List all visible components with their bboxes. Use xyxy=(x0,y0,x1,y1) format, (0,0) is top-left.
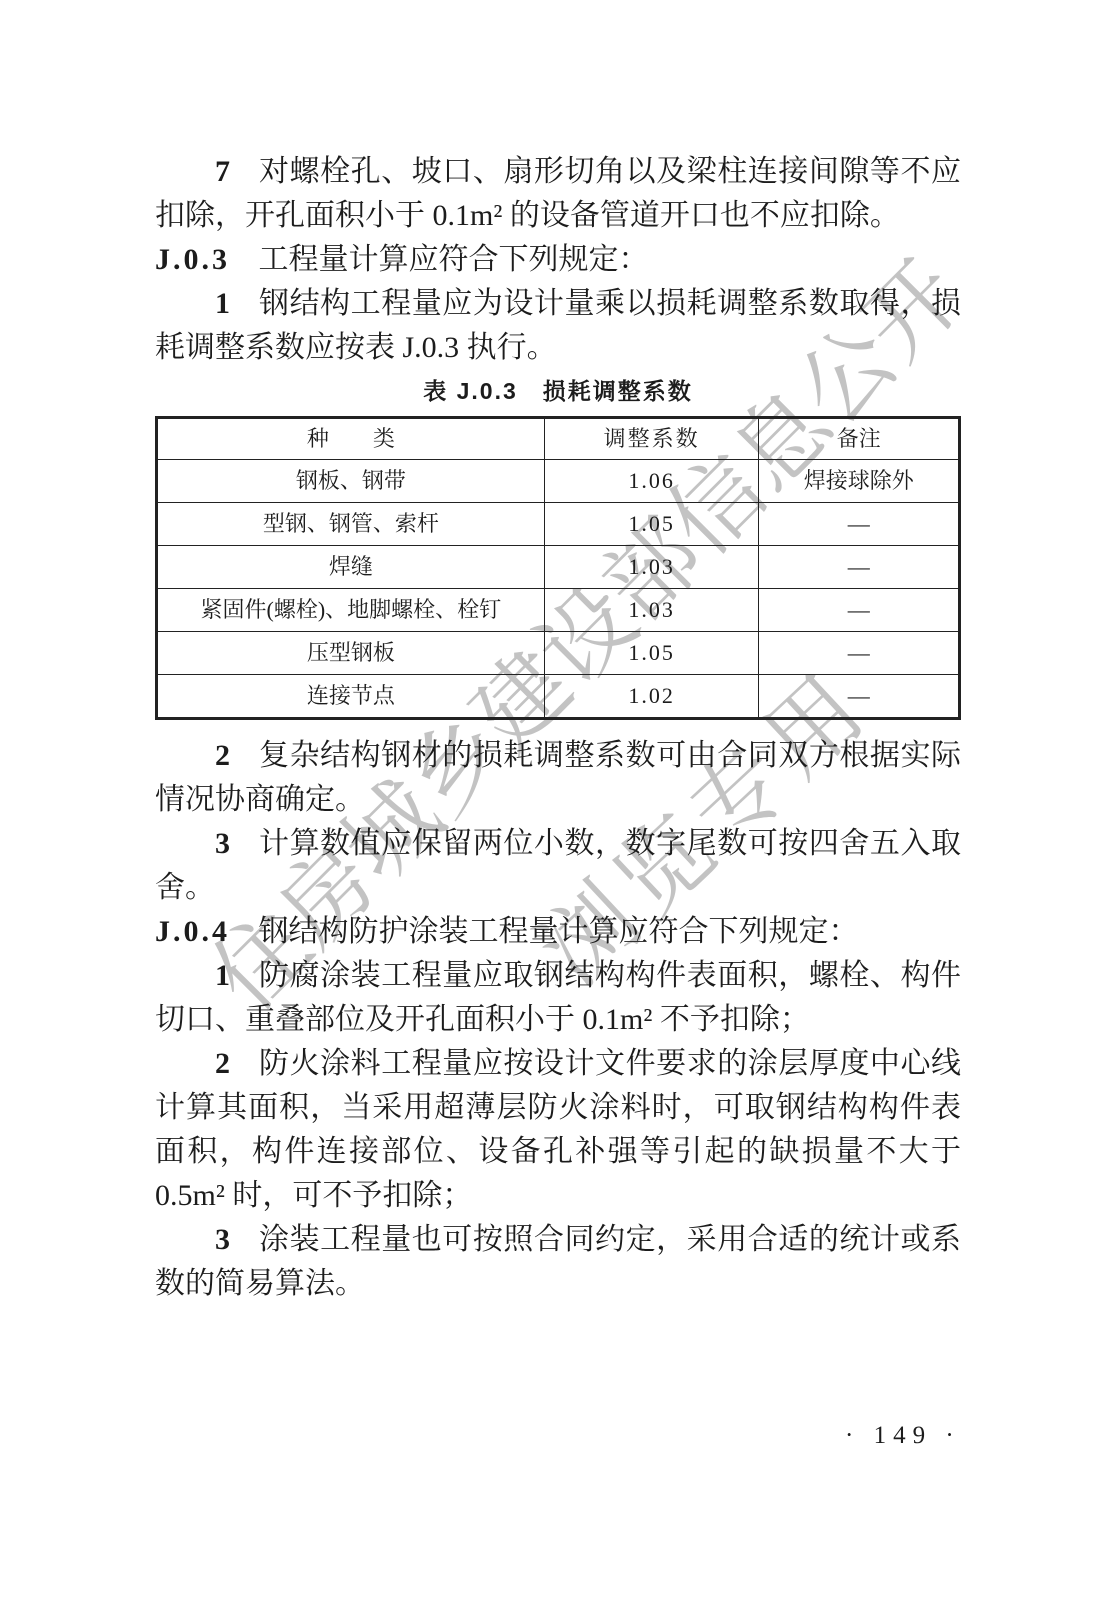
table-cell-coefficient: 1.03 xyxy=(544,589,759,632)
table-header-row: 种 类 调整系数 备注 xyxy=(157,418,960,460)
item-j04-1-paragraph: 1防腐涂装工程量应取钢结构构件表面积，螺栓、构件切口、重叠部位及开孔面积小于 0… xyxy=(155,954,961,1042)
table-header-remark: 备注 xyxy=(759,418,960,460)
item-j04-2-number: 2 xyxy=(215,1047,230,1080)
table-cell-type: 连接节点 xyxy=(157,675,545,719)
section-j03-paragraph: J.0.3工程量计算应符合下列规定： xyxy=(155,238,961,282)
table-row: 连接节点 1.02 — xyxy=(157,675,960,719)
page-number: · 149 · xyxy=(845,1422,961,1450)
section-j03-label: J.0.3 xyxy=(155,243,230,276)
item-j04-3-text: 涂装工程量也可按照合同约定，采用合适的统计或系数的简易算法。 xyxy=(155,1223,961,1300)
table-row: 钢板、钢带 1.06 焊接球除外 xyxy=(157,460,960,503)
loss-adjustment-table: 种 类 调整系数 备注 钢板、钢带 1.06 焊接球除外 型钢、钢管、索杆 1.… xyxy=(155,416,961,720)
table-cell-coefficient: 1.05 xyxy=(544,503,759,546)
item-j04-2-text: 防火涂料工程量应按设计文件要求的涂层厚度中心线计算其面积，当采用超薄层防火涂料时… xyxy=(155,1047,961,1212)
clause-7-paragraph: 7对螺栓孔、坡口、扇形切角以及梁柱连接间隙等不应扣除，开孔面积小于 0.1m² … xyxy=(155,150,961,238)
table-cell-remark: — xyxy=(759,632,960,675)
item-j03-3-number: 3 xyxy=(215,827,230,860)
item-j03-2-text: 复杂结构钢材的损耗调整系数可由合同双方根据实际情况协商确定。 xyxy=(155,739,961,816)
document-page: 住房城乡建设部信息公开 浏览专用 7对螺栓孔、坡口、扇形切角以及梁柱连接间隙等不… xyxy=(0,0,1106,1598)
table-cell-coefficient: 1.06 xyxy=(544,460,759,503)
table-cell-type: 紧固件(螺栓)、地脚螺栓、栓钉 xyxy=(157,589,545,632)
table-cell-type: 钢板、钢带 xyxy=(157,460,545,503)
table-cell-coefficient: 1.03 xyxy=(544,546,759,589)
table-row: 紧固件(螺栓)、地脚螺栓、栓钉 1.03 — xyxy=(157,589,960,632)
item-j03-1-paragraph: 1钢结构工程量应为设计量乘以损耗调整系数取得，损耗调整系数应按表 J.0.3 执… xyxy=(155,282,961,370)
item-j03-3-text: 计算数值应保留两位小数，数字尾数可按四舍五入取舍。 xyxy=(155,827,961,904)
clause-7-text: 对螺栓孔、坡口、扇形切角以及梁柱连接间隙等不应扣除，开孔面积小于 0.1m² 的… xyxy=(155,155,961,232)
table-cell-remark: — xyxy=(759,546,960,589)
item-j04-1-number: 1 xyxy=(215,959,230,992)
item-j03-2-number: 2 xyxy=(215,739,230,772)
item-j03-1-number: 1 xyxy=(215,287,230,320)
item-j04-3-number: 3 xyxy=(215,1223,230,1256)
table-row: 型钢、钢管、索杆 1.05 — xyxy=(157,503,960,546)
clause-7-number: 7 xyxy=(215,155,230,188)
section-j04-text: 钢结构防护涂装工程量计算应符合下列规定： xyxy=(259,915,859,948)
section-j03-text: 工程量计算应符合下列规定： xyxy=(259,243,649,276)
table-cell-type: 型钢、钢管、索杆 xyxy=(157,503,545,546)
item-j03-3-paragraph: 3计算数值应保留两位小数，数字尾数可按四舍五入取舍。 xyxy=(155,822,961,910)
table-header-type: 种 类 xyxy=(157,418,545,460)
table-row: 焊缝 1.03 — xyxy=(157,546,960,589)
table-cell-type: 焊缝 xyxy=(157,546,545,589)
table-cell-coefficient: 1.02 xyxy=(544,675,759,719)
table-cell-remark: — xyxy=(759,675,960,719)
item-j03-2-paragraph: 2复杂结构钢材的损耗调整系数可由合同双方根据实际情况协商确定。 xyxy=(155,734,961,822)
section-j04-label: J.0.4 xyxy=(155,915,230,948)
table-cell-remark: — xyxy=(759,503,960,546)
item-j03-1-text: 钢结构工程量应为设计量乘以损耗调整系数取得，损耗调整系数应按表 J.0.3 执行… xyxy=(155,287,961,364)
table-cell-coefficient: 1.05 xyxy=(544,632,759,675)
table-caption: 表 J.0.3 损耗调整系数 xyxy=(155,374,961,408)
item-j04-3-paragraph: 3涂装工程量也可按照合同约定，采用合适的统计或系数的简易算法。 xyxy=(155,1218,961,1306)
item-j04-2-paragraph: 2防火涂料工程量应按设计文件要求的涂层厚度中心线计算其面积，当采用超薄层防火涂料… xyxy=(155,1042,961,1218)
table-row: 压型钢板 1.05 — xyxy=(157,632,960,675)
table-cell-type: 压型钢板 xyxy=(157,632,545,675)
item-j04-1-text: 防腐涂装工程量应取钢结构构件表面积，螺栓、构件切口、重叠部位及开孔面积小于 0.… xyxy=(155,959,961,1036)
table-header-coefficient: 调整系数 xyxy=(544,418,759,460)
section-j04-paragraph: J.0.4钢结构防护涂装工程量计算应符合下列规定： xyxy=(155,910,961,954)
table-cell-remark: — xyxy=(759,589,960,632)
table-cell-remark: 焊接球除外 xyxy=(759,460,960,503)
page-content: 7对螺栓孔、坡口、扇形切角以及梁柱连接间隙等不应扣除，开孔面积小于 0.1m² … xyxy=(155,150,961,1306)
